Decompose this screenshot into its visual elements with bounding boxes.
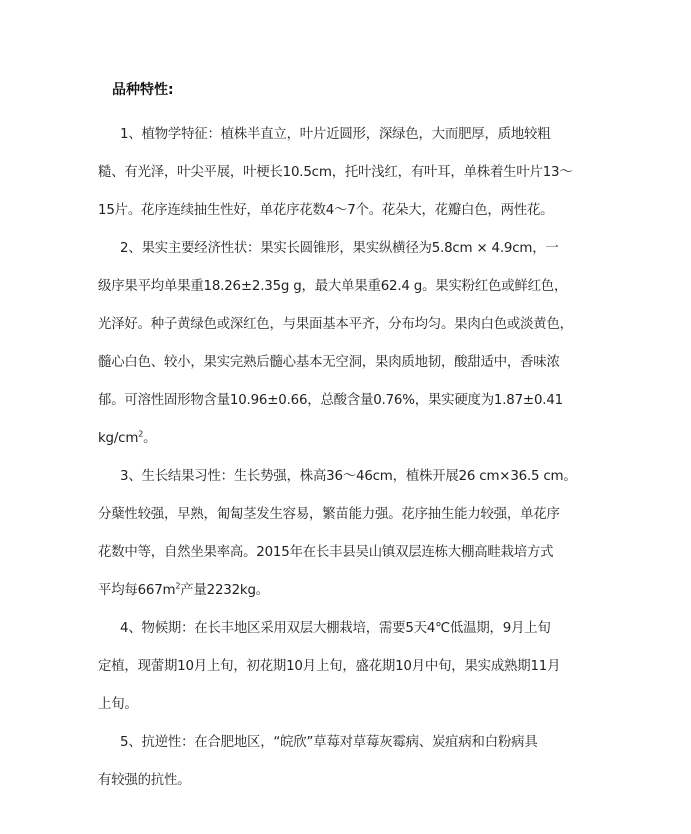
text-line: 分蘖性较强，早熟，匍匐茎发生容易，繁苗能力强。花序抽生能力较强，单花序	[98, 496, 594, 534]
paragraph-resistance: 5、抗逆性：在合肥地区，“皖欣”草莓对草莓灰霉病、炭疽病和白粉病具 有较强的抗性…	[98, 724, 594, 800]
text-fragment: 产量2232kg。	[180, 583, 269, 598]
text-line: 髓心白色、较小，果实完熟后髓心基本无空洞，果肉质地韧，酸甜适中，香味浓	[98, 344, 594, 382]
text-fragment: 平均每667m	[98, 583, 175, 598]
text-line: kg/cm2。	[98, 420, 594, 458]
text-line: 光泽好。种子黄绿色或深红色，与果面基本平齐，分布均匀。果肉白色或淡黄色，	[98, 306, 594, 344]
text-line: 4、物候期：在长丰地区采用双层大棚栽培，需要5天4℃低温期，9月上旬	[98, 610, 594, 648]
text-fragment: 。	[143, 431, 156, 446]
text-line: 1、植物学特征：植株半直立，叶片近圆形，深绿色，大而肥厚，质地较粗	[98, 116, 594, 154]
text-line: 15片。花序连续抽生性好，单花序花数4～7个。花朵大，花瓣白色，两性花。	[98, 192, 594, 230]
document-page: 品种特性: 1、植物学特征：植株半直立，叶片近圆形，深绿色，大而肥厚，质地较粗 …	[98, 78, 594, 800]
text-line: 5、抗逆性：在合肥地区，“皖欣”草莓对草莓灰霉病、炭疽病和白粉病具	[98, 724, 594, 762]
text-line: 3、生长结果习性：生长势强，株高36～46cm，植株开展26 cm×36.5 c…	[98, 458, 594, 496]
paragraph-growth-habits: 3、生长结果习性：生长势强，株高36～46cm，植株开展26 cm×36.5 c…	[98, 458, 594, 610]
paragraph-phenology: 4、物候期：在长丰地区采用双层大棚栽培，需要5天4℃低温期，9月上旬 定植，现蕾…	[98, 610, 594, 724]
text-line: 糙、有光泽，叶尖平展，叶梗长10.5cm，托叶浅红，有叶耳，单株着生叶片13～	[98, 154, 594, 192]
text-line: 郁。可溶性固形物含量10.96±0.66，总酸含量0.76%，果实硬度为1.87…	[98, 382, 594, 420]
text-line: 级序果平均单果重18.26±2.35g g，最大单果重62.4 g。果实粉红色或…	[98, 268, 594, 306]
paragraph-botanical-traits: 1、植物学特征：植株半直立，叶片近圆形，深绿色，大而肥厚，质地较粗 糙、有光泽，…	[98, 116, 594, 230]
text-line: 平均每667m2产量2232kg。	[98, 572, 594, 610]
text-line: 定植，现蕾期10月上旬，初花期10月上旬，盛花期10月中旬，果实成熟期11月	[98, 648, 594, 686]
section-heading: 品种特性:	[112, 78, 594, 102]
text-line: 2、果实主要经济性状：果实长圆锥形，果实纵横径为5.8cm × 4.9cm，一	[98, 230, 594, 268]
paragraph-fruit-traits: 2、果实主要经济性状：果实长圆锥形，果实纵横径为5.8cm × 4.9cm，一 …	[98, 230, 594, 458]
unit-text: kg/cm	[98, 431, 138, 446]
text-line: 花数中等，自然坐果率高。2015年在长丰县吴山镇双层连栋大棚高畦栽培方式	[98, 534, 594, 572]
text-line: 上旬。	[98, 686, 594, 724]
text-line: 有较强的抗性。	[98, 762, 594, 800]
